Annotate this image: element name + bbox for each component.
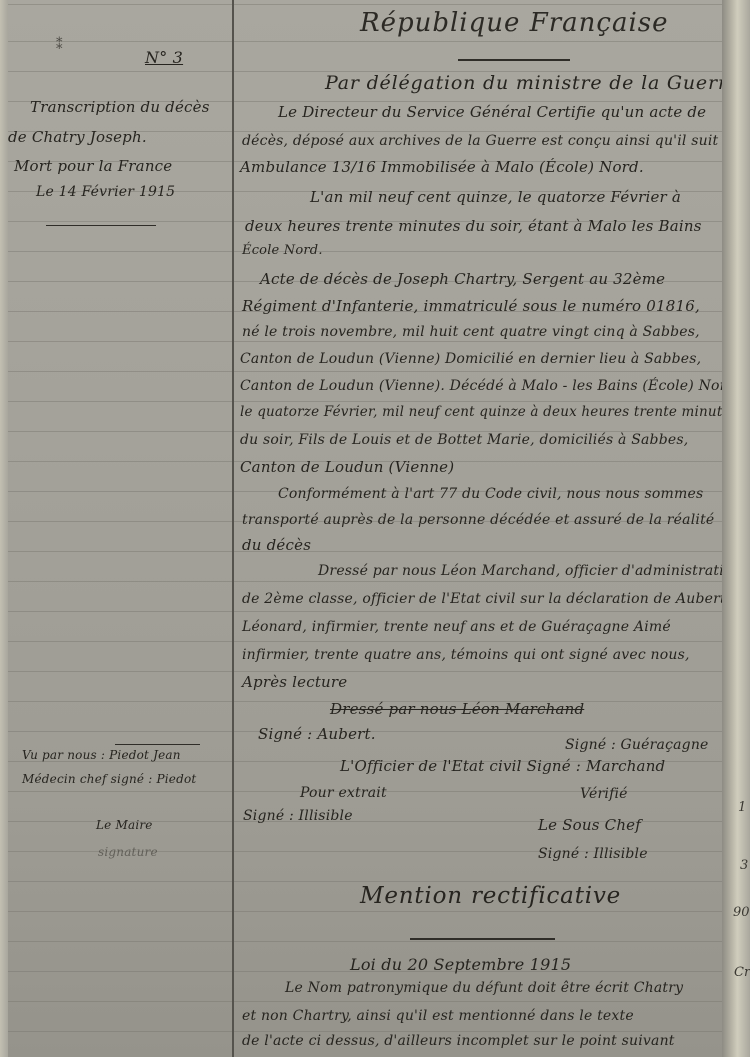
sub-chief-signature: Signé : Illisible <box>538 846 648 862</box>
mention-line: de l'acte ci dessus, d'ailleurs incomple… <box>242 1033 675 1049</box>
mention-title: Mention rectificative <box>360 883 621 909</box>
extract-label: Pour extrait <box>300 785 387 801</box>
next-page-fragment: 1 <box>738 800 746 815</box>
margin-note-line: Médecin chef signé : Piedot <box>22 772 196 786</box>
margin-heading-line: de Chatry Joseph. <box>8 128 147 146</box>
margin-note-line: Le Maire <box>96 818 153 832</box>
body-line: Canton de Loudun (Vienne) <box>240 458 454 476</box>
title-underline <box>458 59 570 61</box>
body-line: Acte de décès de Joseph Chartry, Sergent… <box>260 270 665 288</box>
mayor-signature: signature <box>98 845 158 859</box>
margin-mark: ⁑ <box>56 38 63 53</box>
body-line: du soir, Fils de Louis et de Bottet Mari… <box>240 432 688 448</box>
next-page-fragment: 90 <box>733 905 750 920</box>
margin-note-line: Vu par nous : Piedot Jean <box>22 748 181 762</box>
body-line: né le trois novembre, mil huit cent quat… <box>242 324 700 340</box>
document-subtitle: Par délégation du ministre de la Guerre <box>325 72 740 94</box>
body-line: de 2ème classe, officier de l'Etat civil… <box>242 591 726 607</box>
mention-line: et non Chartry, ainsi qu'il est mentionn… <box>242 1008 634 1024</box>
mention-underline <box>410 938 555 940</box>
body-line: le quatorze Février, mil neuf cent quinz… <box>240 404 738 420</box>
sub-chief-label: Le Sous Chef <box>538 816 641 834</box>
signature-officer: L'Officier de l'Etat civil Signé : March… <box>340 757 665 775</box>
signature-gueracagne: Signé : Guéraçagne <box>565 737 709 753</box>
verified-label: Vérifié <box>580 786 628 802</box>
margin-heading-line: Le 14 Février 1915 <box>36 184 175 200</box>
body-line: Le Directeur du Service Général Certifie… <box>278 103 706 121</box>
body-line: du décès <box>242 536 311 554</box>
body-line: transporté auprès de la personne décédée… <box>242 512 714 528</box>
body-line: Conformément à l'art 77 du Code civil, n… <box>278 486 703 502</box>
entry-number: N° 3 <box>145 48 183 67</box>
extract-signature: Signé : Illisible <box>243 808 353 824</box>
body-line: Après lecture <box>242 673 347 691</box>
margin-rule <box>232 0 234 1057</box>
margin-note-rule <box>115 744 200 745</box>
body-line: Canton de Loudun (Vienne). Décédé à Malo… <box>240 378 740 394</box>
body-line: Régiment d'Infanterie, immatriculé sous … <box>242 297 700 315</box>
signature-aubert: Signé : Aubert. <box>258 725 376 743</box>
register-page: ⁑ N° 3 Transcription du décès de Chatry … <box>0 0 750 1057</box>
body-line: École Nord. <box>242 243 323 258</box>
book-spine <box>722 0 750 1057</box>
mention-line: Le Nom patronymique du défunt doit être … <box>285 980 683 996</box>
margin-heading-line: Mort pour la France <box>14 157 172 175</box>
next-page-fragment: Cra <box>734 965 750 980</box>
body-line: deux heures trente minutes du soir, étan… <box>245 217 702 235</box>
body-line: Léonard, infirmier, trente neuf ans et d… <box>242 619 671 635</box>
body-line: Canton de Loudun (Vienne) Domicilié en d… <box>240 351 701 367</box>
margin-underline <box>46 225 156 226</box>
page-left-edge <box>0 0 8 1057</box>
body-line: décès, déposé aux archives de la Guerre … <box>242 133 728 149</box>
struck-line: Dressé par nous Léon Marchand <box>330 700 584 718</box>
body-line: Ambulance 13/16 Immobilisée à Malo (Écol… <box>240 158 644 176</box>
body-line: L'an mil neuf cent quinze, le quatorze F… <box>310 188 681 206</box>
body-line: infirmier, trente quatre ans, témoins qu… <box>242 647 690 663</box>
next-page-fragment: 3 <box>740 858 748 873</box>
mention-law: Loi du 20 Septembre 1915 <box>350 955 571 974</box>
margin-heading-line: Transcription du décès <box>30 98 210 116</box>
body-line: Dressé par nous Léon Marchand, officier … <box>318 563 742 579</box>
document-title: République Française <box>360 8 669 38</box>
